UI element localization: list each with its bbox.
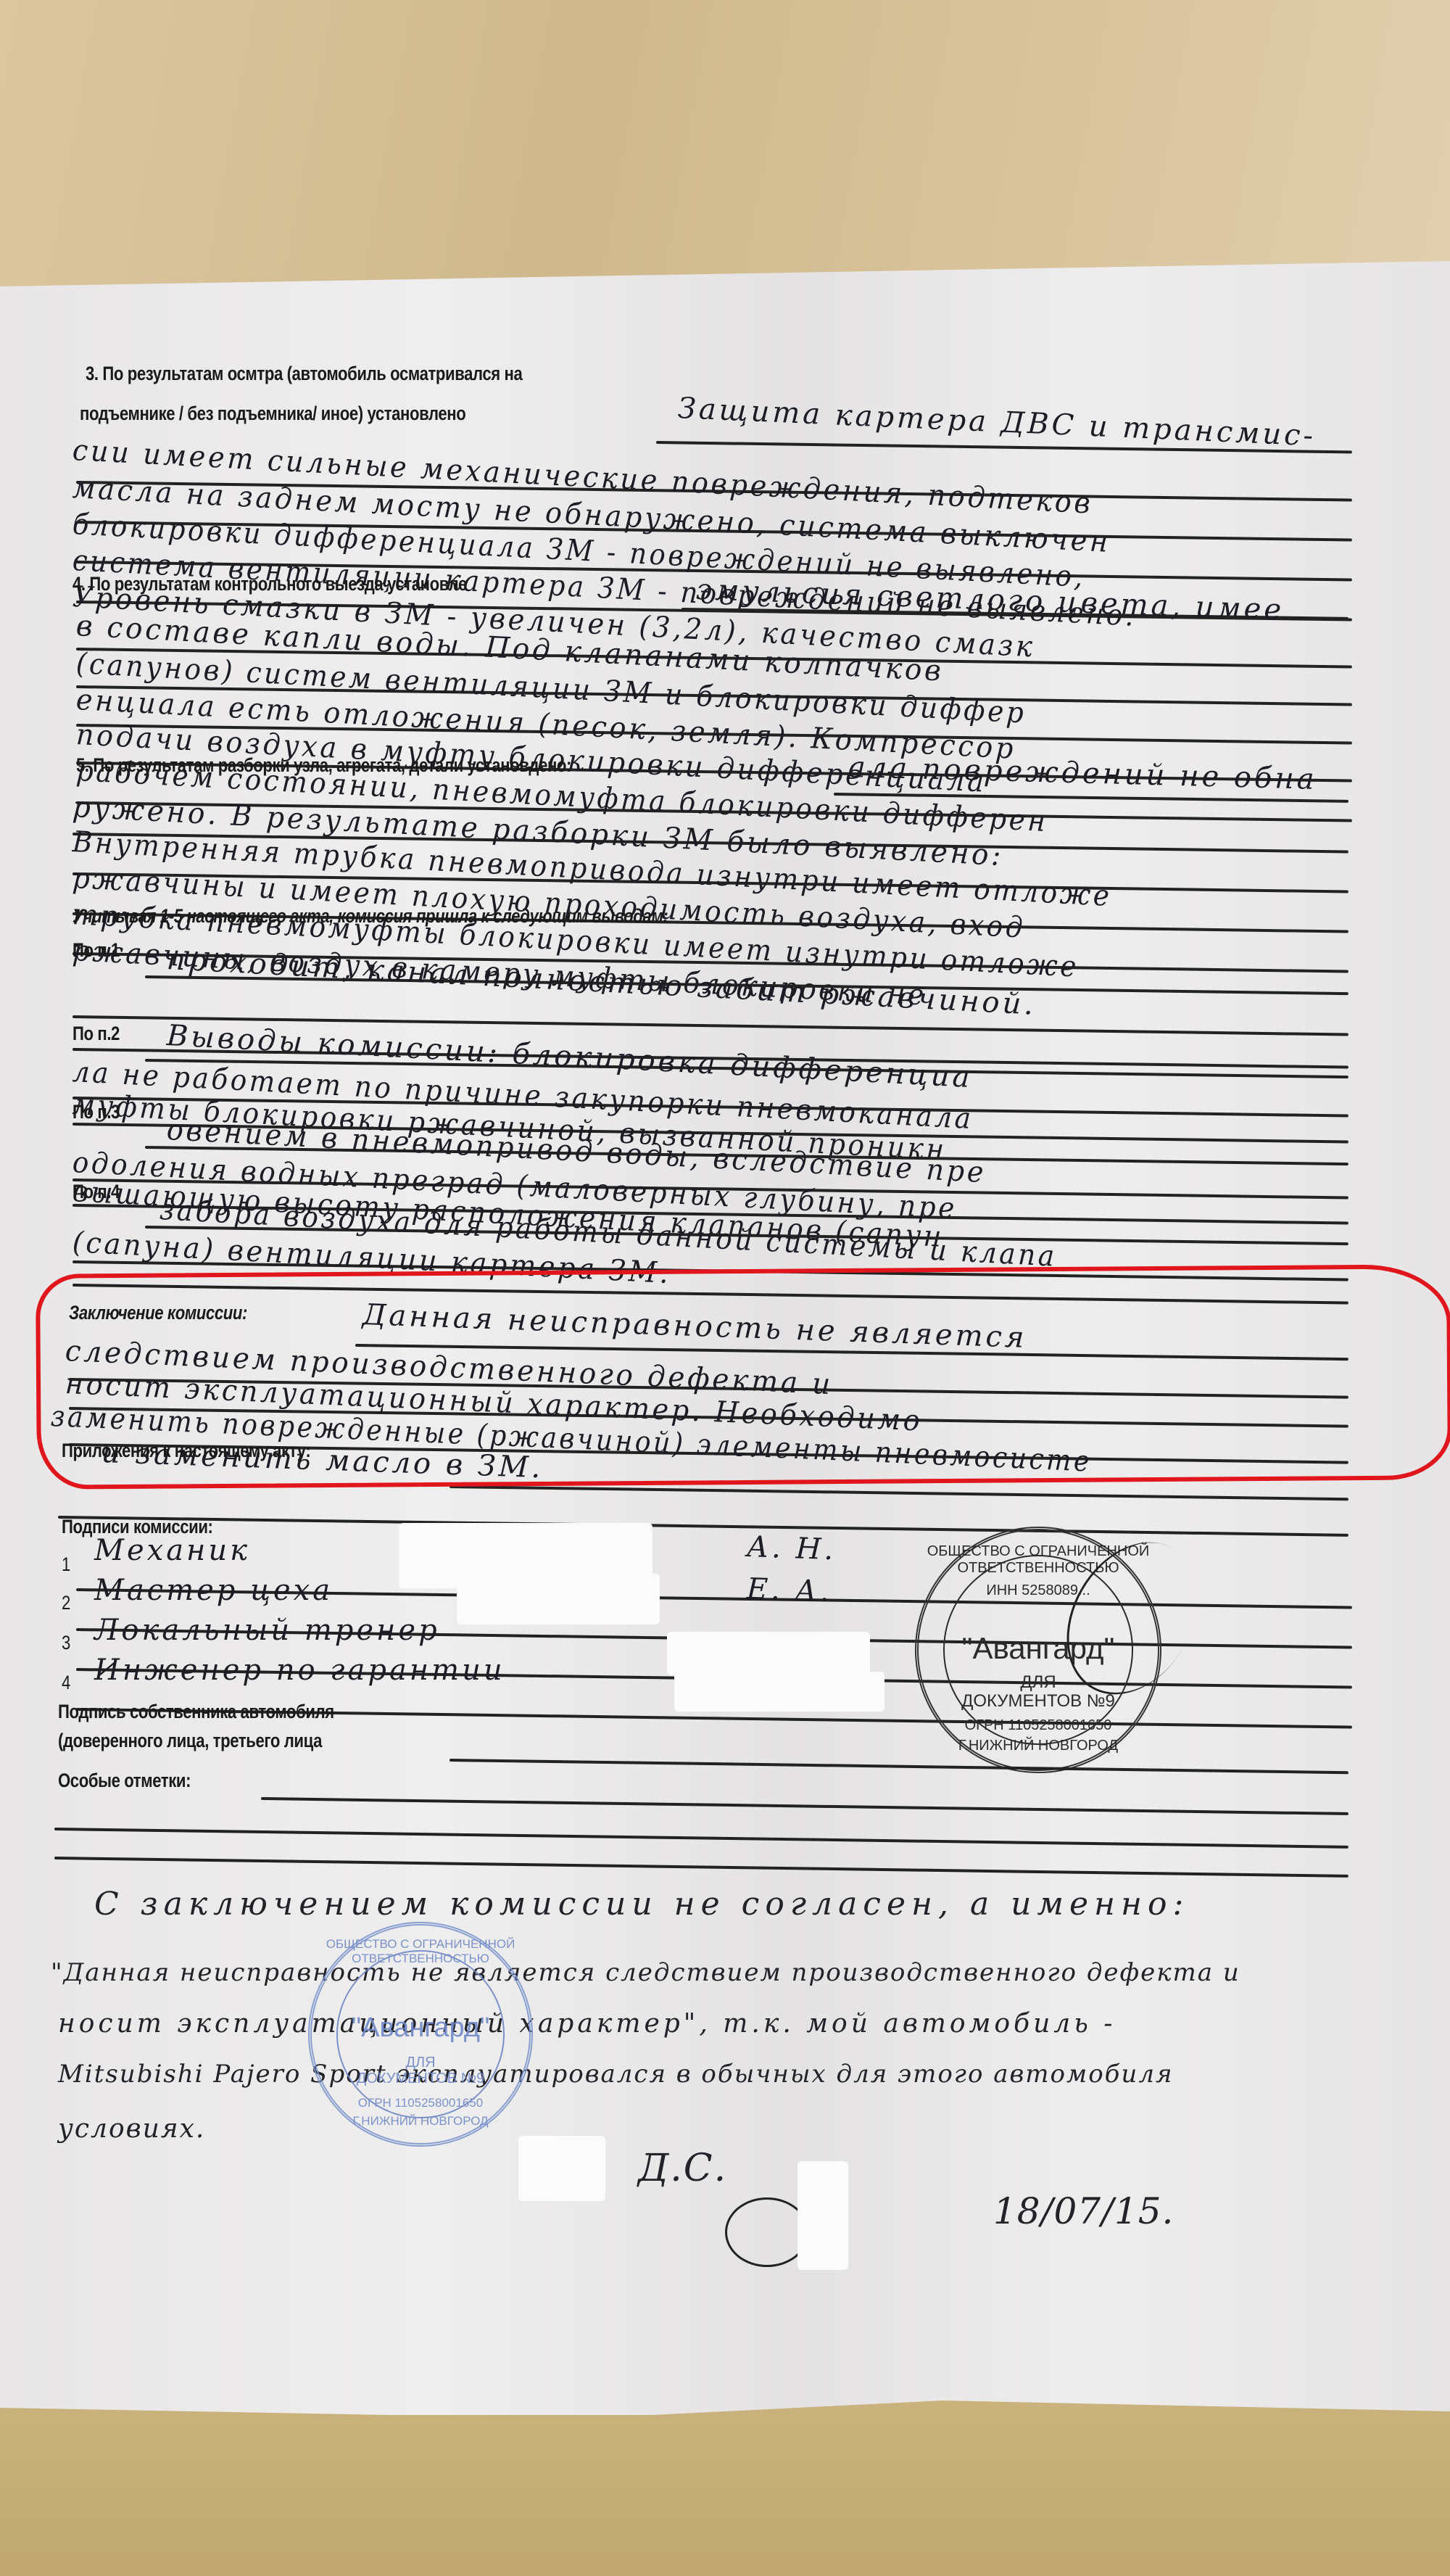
special-notes-label: Особые отметки: (58, 1770, 191, 1792)
stamp-ogrn: ОГРН 1105258001650 (919, 1717, 1158, 1734)
conclusion-item-3-label: По п.3 (72, 1101, 120, 1123)
signature-row-3-role: Локальный тренер (94, 1614, 440, 1647)
owner-signature-label-line1: Подпись собственника автомобиля (58, 1701, 334, 1723)
wooden-table-background-bottom (0, 2400, 1450, 2576)
stamp-city: Г.НИЖНИЙ НОВГОРОД (919, 1738, 1158, 1754)
stamp-sub1: ДЛЯ (312, 2055, 529, 2071)
conclusions-intro: Учитывая 1-5 настоящего акта, комиссия п… (72, 905, 668, 928)
signature-row-4-role: Инженер по гарантии (94, 1654, 505, 1687)
signature-row-3-num: 3 (62, 1632, 70, 1654)
stamp-name: "Авангард" (312, 2012, 529, 2044)
wooden-table-background-top (0, 0, 1450, 290)
stamp-ogrn: ОГРН 1105258001650 (312, 2096, 529, 2110)
conclusion-item-2-label: По п.2 (72, 1023, 120, 1045)
redacted-name (667, 1632, 870, 1675)
owner-objection-line: Mitsubishi Pajero Sport эксплуатировался… (58, 2060, 1174, 2089)
owner-objection-line: С заключением комиссии не согласен, а им… (94, 1886, 1189, 1923)
company-stamp-blue: ОБЩЕСТВО С ОГРАНИЧЕННОЙ ОТВЕТСТВЕННОСТЬЮ… (308, 1922, 533, 2147)
signature-row-2-role: Мастер цеха (94, 1574, 333, 1607)
stamp-sub2: ДОКУМЕНТОВ №9 (312, 2071, 529, 2087)
signature-row-1-role: Механик (94, 1534, 250, 1567)
stamp-ring-text: ОБЩЕСТВО С ОГРАНИЧЕННОЙ ОТВЕТСТВЕННОСТЬЮ (312, 1937, 529, 1966)
owner-objection-line: носит эксплуатационный характер", т.к. м… (58, 2009, 1116, 2039)
section3-label-line2: подъемнике / без подъемника/ иное) устан… (80, 402, 465, 425)
owner-signature-scribble (725, 2197, 809, 2267)
owner-initials: Д.С. (638, 2147, 727, 2190)
section3-label-line1: 3. По результатам осмтра (автомобиль осм… (86, 363, 522, 385)
section5-label: 5. По результатам разборки узла, агрегат… (76, 754, 571, 777)
owner-objection-line: "Данная неисправность не является следст… (51, 1958, 1240, 1987)
redacted-name (518, 2136, 605, 2201)
conclusion-item-1-label: По п.1 (72, 939, 120, 962)
signature-row-4-num: 4 (62, 1672, 70, 1694)
signature-row-2-num: 2 (62, 1592, 70, 1614)
section4-label: 4. По результатам контрольного выезда ус… (72, 573, 467, 595)
conclusion-item-4-label: По п.4 (72, 1181, 120, 1203)
redacted-name (674, 1672, 884, 1712)
attachments-label: Приложения к настоящему акту: (62, 1440, 310, 1462)
signature-row-1-initials: А. Н. (746, 1530, 837, 1566)
objection-date: 18/07/15. (993, 2190, 1174, 2232)
redacted-signature-part (797, 2161, 848, 2270)
owner-objection-line: условиях. (58, 2114, 205, 2144)
stamp-sub2: ДОКУМЕНТОВ №9 (919, 1691, 1158, 1712)
signature-row-2-initials: Е. А. (746, 1572, 832, 1609)
stamp-city: Г.НИЖНИЙ НОВГОРОД (312, 2114, 529, 2129)
owner-signature-label-line2: (доверенного лица, третьего лица (58, 1730, 322, 1752)
signature-row-1-num: 1 (62, 1553, 70, 1576)
redacted-name (457, 1574, 660, 1625)
